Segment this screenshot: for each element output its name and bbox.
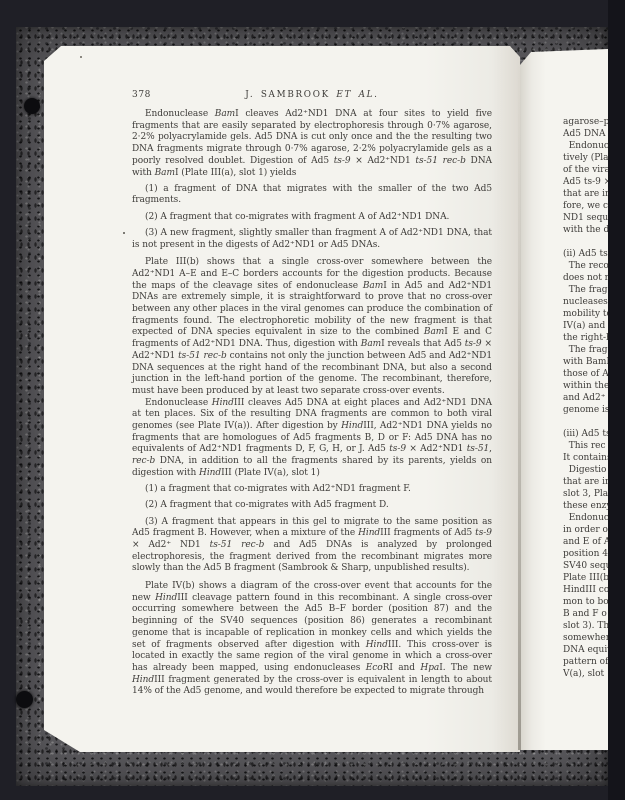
text-segment: Endonuclease — [145, 398, 212, 408]
text-segment: ts-9 — [465, 339, 482, 349]
list-item: (3) A fragment that appears in this gel … — [132, 517, 492, 576]
text-segment: Eco — [366, 663, 383, 673]
text-segment: (3) A new fragment, slightly smaller tha… — [132, 228, 492, 250]
text-segment: ts-9 — [475, 528, 492, 538]
right-page-text-line: V(a), slot — [563, 668, 609, 680]
text-segment: Hind — [212, 398, 234, 408]
list-item: (2) A fragment that co-migrates with Ad5… — [132, 500, 492, 512]
right-page-text-line: SV40 sequ — [563, 560, 609, 572]
running-head-authors: J. SAMBROOK — [245, 90, 336, 100]
right-page-text-line: and Ad2⁺ — [563, 392, 609, 404]
right-page-text-line: mon to bo — [563, 596, 609, 608]
right-page-text-line: pattern of — [563, 656, 609, 668]
text-segment: Hind — [341, 421, 363, 431]
left-page-text-column: 378 J. SAMBROOK ET AL. Endonuclease BamI… — [132, 90, 492, 698]
right-page-text-line: position 43 — [563, 548, 609, 560]
right-page-text-line: The frag — [563, 344, 609, 356]
running-head: J. SAMBROOK ET AL. — [245, 90, 378, 100]
text-segment: III fragment generated by the cross-over… — [132, 675, 492, 697]
right-page-text-line: Digestio — [563, 464, 609, 476]
right-page-text-line — [563, 416, 609, 428]
paragraph: Plate III(b) shows that a single cross-o… — [132, 257, 492, 397]
text-segment: rec-b — [203, 351, 226, 361]
right-page-text-line: Ad5 DNA ( — [563, 128, 609, 140]
text-segment: ts-51 — [467, 444, 489, 454]
text-segment: III (Plate IV(a), slot 1) — [221, 468, 320, 478]
text-segment: ts-9 — [334, 156, 351, 166]
list-item: (2) A fragment that co-migrates with fra… — [132, 212, 492, 224]
right-page-text-line: Ad5 ts-9 × — [563, 176, 609, 188]
right-page-text-line: that are ind — [563, 188, 609, 200]
text-segment: I reveals that Ad5 — [381, 339, 465, 349]
paper-speck — [123, 232, 125, 234]
right-page-text-line: It contains — [563, 452, 609, 464]
right-page-text-line: of the viral — [563, 164, 609, 176]
right-page-text-line: Endonuc — [563, 140, 609, 152]
paper-speck — [80, 56, 82, 58]
right-page-text-line: these enzy — [563, 500, 609, 512]
right-page-text-line: nucleases — [563, 296, 609, 308]
list-item: (3) A new fragment, slightly smaller tha… — [132, 228, 492, 251]
right-page-text-line: DNA equiv — [563, 644, 609, 656]
text-segment: (2) A fragment that co-migrates with Ad5… — [145, 500, 389, 510]
right-page-text-line: Plate III(b — [563, 572, 609, 584]
text-segment: Bam — [155, 168, 175, 178]
running-head-etal: ET AL. — [336, 90, 378, 100]
right-page-text-line: with the da — [563, 224, 609, 236]
text-segment: I. The new — [439, 663, 492, 673]
text-segment: rec-b — [443, 156, 466, 166]
right-page-text-line: This rec — [563, 440, 609, 452]
right-page-text-line: The reco — [563, 260, 609, 272]
text-segment: Hind — [199, 468, 221, 478]
right-page-text-line: with BamI — [563, 356, 609, 368]
left-page-body: Endonuclease BamI cleaves Ad2⁺ND1 DNA at… — [132, 109, 492, 698]
punch-hole-top — [24, 98, 40, 114]
text-segment: Bam — [215, 109, 235, 119]
right-page-text-line: ND1 seque — [563, 212, 609, 224]
scanned-book-photograph: { "document": { "page_number": "378", "r… — [0, 0, 625, 800]
gutter-crease — [518, 56, 521, 750]
text-segment: ts-9 — [389, 444, 406, 454]
right-page-text-line: within the — [563, 380, 609, 392]
book-left-page: 378 J. SAMBROOK ET AL. Endonuclease BamI… — [44, 46, 520, 752]
page-number: 378 — [132, 90, 151, 102]
text-segment: (1) a fragment of DNA that migrates with… — [132, 184, 492, 206]
text-segment: (1) a fragment that co-migrates with Ad2… — [145, 484, 411, 494]
text-segment: Bam — [424, 327, 444, 337]
text-segment: ts-51 — [178, 351, 200, 361]
right-page-text-line: slot 3). Th — [563, 620, 609, 632]
right-page-text-line: fore, we con — [563, 200, 609, 212]
right-page-text-column: agarose–polAd5 DNA ( Endonuctively (Plat… — [563, 116, 609, 736]
page-header: 378 J. SAMBROOK ET AL. — [132, 90, 492, 101]
text-segment: × Ad2⁺ND1 — [406, 444, 467, 454]
right-page-text-line: those of Ad — [563, 368, 609, 380]
text-segment: Bam — [361, 339, 381, 349]
photo-dark-edge-strip — [608, 0, 625, 800]
right-page-text-line: The frag — [563, 284, 609, 296]
right-page-text-line: mobility to — [563, 308, 609, 320]
right-page-text-line: tively (Plat — [563, 152, 609, 164]
right-page-text-line: does not re — [563, 272, 609, 284]
right-page-text-line: somewhere — [563, 632, 609, 644]
text-segment: I (Plate III(a), slot 1) yields — [175, 168, 296, 178]
text-segment: Endonuclease — [145, 109, 215, 119]
text-segment: (2) A fragment that co-migrates with fra… — [145, 212, 449, 222]
right-page-text-line: the right-ha — [563, 332, 609, 344]
text-segment: ts-51 — [415, 156, 437, 166]
right-page-text-line: that are in — [563, 476, 609, 488]
right-page-text-line: (ii) Ad5 ts- — [563, 248, 609, 260]
text-segment: Bam — [363, 281, 383, 291]
paragraph: Endonuclease BamI cleaves Ad2⁺ND1 DNA at… — [132, 109, 492, 179]
right-page-text-line: and E of A — [563, 536, 609, 548]
right-page-text-line: genome is e — [563, 404, 609, 416]
text-segment: Hind — [155, 593, 177, 603]
paragraph: Plate IV(b) shows a diagram of the cross… — [132, 581, 492, 698]
right-page-text-line: B and F o — [563, 608, 609, 620]
right-page-text-line: slot 3, Plat — [563, 488, 609, 500]
list-item: (1) a fragment of DNA that migrates with… — [132, 184, 492, 207]
right-page-text-line: IV(a) and — [563, 320, 609, 332]
list-item: (1) a fragment that co-migrates with Ad2… — [132, 484, 492, 496]
right-page-text-line: (iii) Ad5 ts — [563, 428, 609, 440]
paragraph: Endonuclease HindIII cleaves Ad5 DNA at … — [132, 398, 492, 480]
text-segment: × Ad2⁺ND1 — [351, 156, 416, 166]
book-right-page: agarose–polAd5 DNA ( Endonuctively (Plat… — [520, 49, 608, 750]
right-page-text-line: in order of — [563, 524, 609, 536]
text-segment: Hind — [366, 640, 388, 650]
text-segment: III fragments of Ad5 — [380, 528, 475, 538]
text-segment: Hind — [132, 675, 154, 685]
right-page-text-line: Endonuc — [563, 512, 609, 524]
text-segment: × Ad2⁺ ND1 — [132, 540, 210, 550]
text-segment: rec-b — [132, 456, 155, 466]
text-segment: ts-51 — [210, 540, 232, 550]
text-segment: Hpa — [420, 663, 439, 673]
right-page-text-line: agarose–pol — [563, 116, 609, 128]
punch-hole-bottom — [16, 691, 33, 708]
text-segment: RI and — [383, 663, 421, 673]
right-page-text-line — [563, 236, 609, 248]
text-segment: rec-b — [241, 540, 264, 550]
text-segment: Hind — [358, 528, 380, 538]
right-page-text-line: HindIII co — [563, 584, 609, 596]
text-segment: , — [489, 444, 492, 454]
text-segment — [232, 540, 241, 550]
